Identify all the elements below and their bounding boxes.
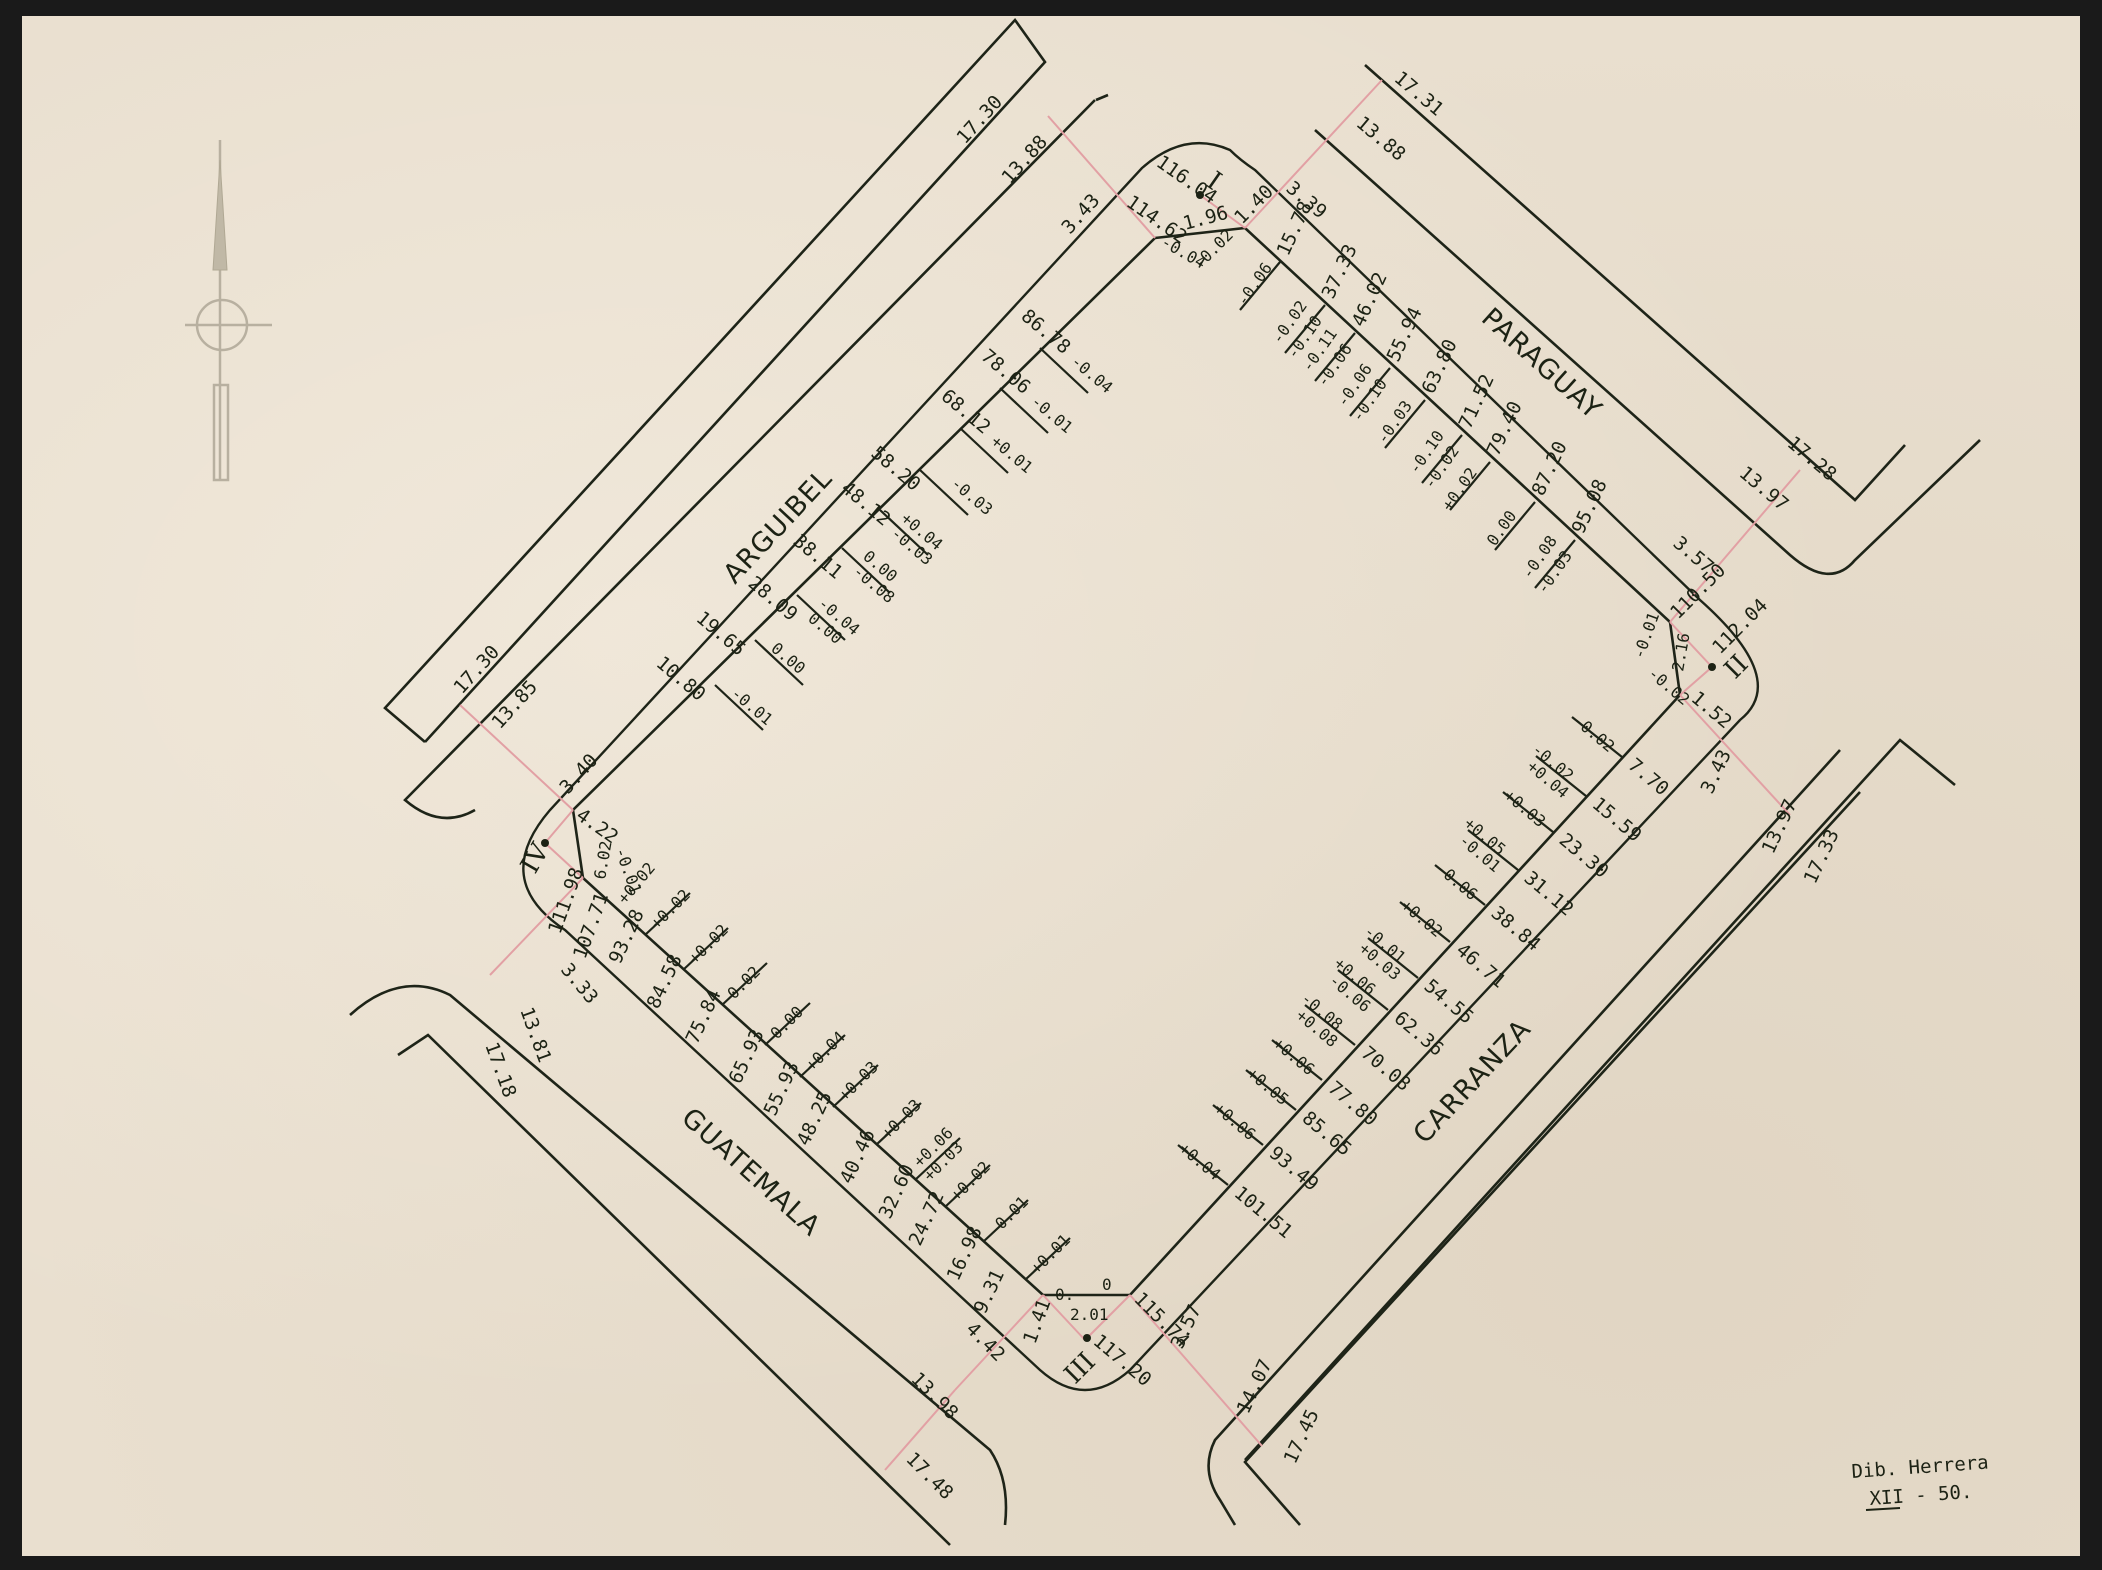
vertex-II-diff-top: -0.01 bbox=[1629, 610, 1663, 662]
vertex-III-elevation: 117.20 bbox=[1089, 1330, 1156, 1391]
svg-text:+0.04: +0.04 bbox=[1175, 1139, 1224, 1185]
svg-text:13.85: 13.85 bbox=[487, 676, 542, 733]
svg-text:62.36: 62.36 bbox=[1390, 1007, 1448, 1061]
svg-text:63.80: 63.80 bbox=[1418, 336, 1462, 397]
svg-text:93.49: 93.49 bbox=[1265, 1142, 1323, 1196]
svg-text:38.84: 38.84 bbox=[1487, 902, 1545, 956]
svg-text:37.33: 37.33 bbox=[1318, 241, 1362, 302]
svg-text:70.08: 70.08 bbox=[1357, 1042, 1415, 1096]
svg-text:-0.01: -0.01 bbox=[727, 684, 776, 730]
svg-text:-0.06: -0.06 bbox=[1432, 859, 1481, 905]
svg-text:3.40: 3.40 bbox=[555, 750, 602, 799]
svg-text:+0.01: +0.01 bbox=[1026, 1230, 1073, 1277]
svg-text:3.33: 3.33 bbox=[556, 959, 602, 1008]
svg-text:16.98: 16.98 bbox=[943, 1223, 987, 1284]
svg-text:-0.01: -0.01 bbox=[984, 1192, 1031, 1239]
svg-text:4.42: 4.42 bbox=[961, 1318, 1009, 1366]
map-sheet: ARGUIBEL PARAGUAY CARRANZA GUATEMALA I 1… bbox=[22, 16, 2080, 1556]
svg-text:85.65: 85.65 bbox=[1298, 1107, 1356, 1161]
svg-text:+0.03: +0.03 bbox=[834, 1057, 881, 1104]
svg-text:+0.05: +0.05 bbox=[1243, 1064, 1292, 1110]
svg-text:0.00: 0.00 bbox=[766, 1002, 807, 1043]
svg-text:55.93: 55.93 bbox=[760, 1058, 804, 1119]
svg-text:71.52: 71.52 bbox=[1455, 371, 1499, 432]
svg-text:23.30: 23.30 bbox=[1555, 829, 1613, 883]
svg-text:+0.04: +0.04 bbox=[801, 1027, 848, 1074]
svg-text:17.48: 17.48 bbox=[901, 1448, 957, 1504]
svg-text:17.28: 17.28 bbox=[1783, 432, 1841, 486]
svg-text:13.88: 13.88 bbox=[1352, 112, 1410, 166]
svg-text:28.09: 28.09 bbox=[744, 572, 802, 626]
svg-text:77.80: 77.80 bbox=[1324, 1077, 1382, 1131]
vertex-III-left: 1.41 bbox=[1019, 1296, 1055, 1347]
svg-text:55.94: 55.94 bbox=[1383, 304, 1427, 365]
svg-text:13.98: 13.98 bbox=[906, 1368, 962, 1424]
svg-text:+0.02: +0.02 bbox=[1397, 896, 1446, 942]
svg-text:17.33: 17.33 bbox=[1800, 826, 1844, 887]
svg-text:+0.02: +0.02 bbox=[684, 920, 731, 967]
svg-text:40.46: 40.46 bbox=[836, 1126, 880, 1187]
vertex-III-mark: 0 bbox=[1102, 1275, 1112, 1294]
svg-text:68.12: 68.12 bbox=[937, 385, 995, 439]
svg-text:+0.01: +0.01 bbox=[987, 432, 1036, 478]
vertex-IV-chord: 6.02 bbox=[590, 839, 615, 880]
svg-text:58.20: 58.20 bbox=[867, 442, 925, 496]
svg-text:38.11: 38.11 bbox=[789, 530, 847, 584]
svg-text:+0.03: +0.03 bbox=[877, 1095, 924, 1142]
svg-text:-0.03: -0.03 bbox=[947, 474, 996, 520]
svg-text:24.72: 24.72 bbox=[905, 1188, 949, 1249]
svg-text:Dib. Herrera: Dib. Herrera bbox=[1851, 1451, 1989, 1483]
vertex-III-chord: 2.01 bbox=[1070, 1305, 1109, 1324]
svg-text:31.12: 31.12 bbox=[1520, 867, 1578, 921]
svg-text:75.84: 75.84 bbox=[682, 986, 726, 1047]
svg-text:17.30: 17.30 bbox=[449, 641, 504, 698]
svg-text:65.93: 65.93 bbox=[725, 1026, 769, 1087]
svg-text:101.51: 101.51 bbox=[1230, 1182, 1297, 1243]
traverse-polygon bbox=[573, 228, 1680, 1295]
svg-text:+0.06: +0.06 bbox=[1210, 1099, 1259, 1145]
vertex-II-elevation: 112.04 bbox=[1708, 594, 1772, 658]
vertex-label-IV: IV bbox=[515, 837, 556, 878]
svg-text:17.30: 17.30 bbox=[952, 91, 1007, 148]
svg-text:84.58: 84.58 bbox=[643, 951, 687, 1012]
svg-text:46.71: 46.71 bbox=[1452, 939, 1510, 993]
svg-text:93.28: 93.28 bbox=[605, 906, 649, 967]
vertex-I-right: 1.40 bbox=[1230, 181, 1278, 229]
guatemala-stations: 93.28+0.02 84.58+0.02 75.840.02 65.930.0… bbox=[605, 885, 1074, 1317]
svg-text:95.08: 95.08 bbox=[1568, 476, 1612, 537]
svg-text:-0.01: -0.01 bbox=[1027, 392, 1076, 438]
svg-text:15.59: 15.59 bbox=[1588, 793, 1646, 847]
svg-text:0.02: 0.02 bbox=[723, 962, 764, 1003]
svg-text:10.80: 10.80 bbox=[652, 652, 710, 706]
svg-text:+0.02: +0.02 bbox=[946, 1157, 993, 1204]
svg-text:3.43: 3.43 bbox=[1697, 746, 1736, 797]
arguibel-stations: 86.78-0.04 78.06-0.01 68.12+0.01 58.20-0… bbox=[652, 305, 1117, 730]
svg-text:79.40: 79.40 bbox=[1483, 398, 1527, 459]
draftsman-signature: Dib. Herrera XII - 50. bbox=[1851, 1451, 1989, 1510]
svg-text:86.78: 86.78 bbox=[1017, 305, 1075, 359]
svg-text:13.88: 13.88 bbox=[997, 131, 1052, 188]
survey-plan-drawing: ARGUIBEL PARAGUAY CARRANZA GUATEMALA I 1… bbox=[22, 16, 2080, 1556]
svg-text:13.97: 13.97 bbox=[1758, 796, 1802, 857]
vertex-label-III: III bbox=[1059, 1347, 1102, 1390]
svg-text:78.06: 78.06 bbox=[977, 345, 1035, 399]
svg-text:15.78: 15.78 bbox=[1273, 198, 1317, 259]
svg-text:7.70: 7.70 bbox=[1624, 754, 1673, 800]
svg-text:9.31: 9.31 bbox=[970, 1266, 1009, 1317]
svg-text:48.25: 48.25 bbox=[793, 1088, 837, 1149]
svg-text:+0.02: +0.02 bbox=[646, 885, 693, 932]
svg-text:3.43: 3.43 bbox=[1057, 190, 1104, 239]
vertex-III-mark: 0. bbox=[1055, 1285, 1074, 1304]
svg-text:0.00: 0.00 bbox=[1483, 507, 1521, 549]
svg-text:19.65: 19.65 bbox=[692, 607, 750, 661]
svg-text:32.60: 32.60 bbox=[875, 1161, 919, 1222]
svg-text:54.55: 54.55 bbox=[1420, 975, 1478, 1029]
svg-text:46.02: 46.02 bbox=[1348, 269, 1392, 330]
svg-text:+0.03: +0.03 bbox=[1500, 786, 1549, 832]
svg-text:XII - 50.: XII - 50. bbox=[1869, 1481, 1973, 1510]
svg-text:+0.06: +0.06 bbox=[1269, 1034, 1318, 1080]
svg-text:-0.02: -0.02 bbox=[1569, 711, 1618, 757]
svg-text:-0.04: -0.04 bbox=[1067, 352, 1116, 398]
svg-text:-0.06: -0.06 bbox=[1233, 259, 1276, 309]
street-name-paraguay: PARAGUAY bbox=[1475, 302, 1607, 426]
svg-text:14.07: 14.07 bbox=[1233, 1356, 1277, 1417]
svg-text:-0.03: -0.03 bbox=[1373, 397, 1416, 447]
paraguay-stations: 15.78-0.06 37.33-0.02-0.10 46.02-0.11-0.… bbox=[1233, 198, 1612, 597]
north-arrow-icon bbox=[185, 140, 272, 480]
